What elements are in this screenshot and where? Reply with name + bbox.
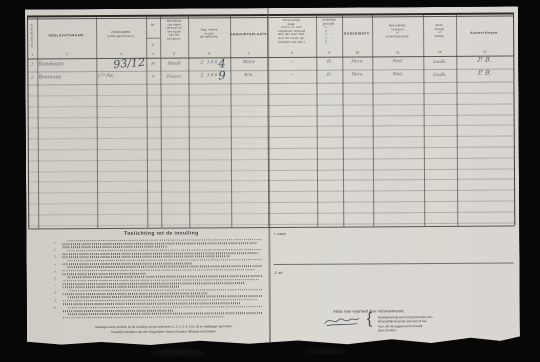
- instructions-heading: Toelichting tot de invulling: [86, 230, 236, 237]
- column-border: [188, 15, 190, 228]
- column-header-line: scheiden van echt.): [267, 40, 316, 43]
- empty-row-line: [28, 191, 268, 193]
- column-number: 4: [146, 52, 160, 56]
- column-border: [37, 15, 39, 228]
- column-number: 6: [188, 51, 230, 55]
- micro-print-line: [63, 282, 245, 285]
- empty-row-line: [268, 222, 514, 224]
- column-header-geslacht-m: M.: [146, 24, 160, 28]
- empty-row-line: [27, 94, 267, 96]
- attestation-note-line: doen invullen.: [378, 328, 503, 333]
- scanned-form-page: Toelichting tot de invulling Verlangd wo…: [25, 6, 520, 347]
- instruction-margin-number: 2.: [46, 249, 56, 252]
- table-cell: P. B.: [457, 69, 513, 77]
- column-header-line: huisgezin.: [160, 38, 188, 41]
- signature: [323, 314, 361, 327]
- empty-row-line: [268, 211, 514, 213]
- micro-print-line: [63, 292, 208, 295]
- table-cell: V: [147, 74, 160, 79]
- column-header-line: GESLACHTSNAAM.: [37, 34, 96, 38]
- micro-print-line: [68, 306, 263, 309]
- empty-row-line: [28, 105, 268, 107]
- micro-print-line: [68, 259, 263, 262]
- column-border: [96, 15, 98, 228]
- table-cell: 2: [28, 74, 37, 79]
- micro-print-line: [67, 239, 262, 242]
- column-number: 9: [316, 51, 342, 55]
- empty-row-line: [28, 180, 268, 182]
- empty-row-line: [28, 213, 268, 215]
- column-border: [456, 13, 458, 226]
- instruction-margin-number: 5.: [47, 270, 57, 273]
- micro-print-line: [68, 289, 263, 292]
- table-cell: M: [147, 61, 160, 66]
- column-header-line: 5. ····: [316, 40, 342, 43]
- scan-smudge: [150, 350, 205, 355]
- field-1-label: I. naam: [274, 232, 285, 236]
- table-cell: H.: [317, 60, 342, 65]
- table-cell: Bambouts: [38, 61, 96, 67]
- column-border: [316, 14, 318, 227]
- table-cell: Hoofd: [161, 61, 188, 66]
- column-number: 5: [160, 52, 188, 56]
- empty-row-line: [28, 202, 268, 204]
- empty-row-line: [28, 137, 268, 139]
- column-header-line: Aanmerkingen.: [456, 32, 513, 36]
- instruction-margin-number: 8.: [47, 292, 57, 295]
- micro-print-line: [62, 252, 258, 255]
- instruction-margin-number: 3.: [46, 256, 56, 259]
- micro-print-line: [67, 249, 262, 252]
- column-number: 2: [37, 52, 96, 56]
- micro-print-line: [68, 312, 263, 315]
- empty-row-line: [28, 159, 268, 161]
- table-cell: 17³ Ple.: [97, 74, 146, 79]
- column-header-geslacht-v: V.: [146, 44, 160, 48]
- micro-print-line: [68, 275, 263, 278]
- empty-row-line: [28, 126, 268, 128]
- empty-row-line: [268, 201, 514, 203]
- micro-print-line: [63, 302, 241, 305]
- column-number: 10: [342, 50, 372, 54]
- table-cell: P. B.: [457, 56, 513, 64]
- column-border: [27, 15, 29, 228]
- column-header-line: (voluit geschreven).: [96, 34, 146, 37]
- micro-print-line: [63, 269, 255, 272]
- scan-smudge: [305, 349, 347, 354]
- micro-print-line: [68, 295, 263, 298]
- column-border: [513, 13, 515, 226]
- empty-row-line: [28, 116, 268, 118]
- table-cell: landb.: [424, 59, 456, 64]
- table-cell: 1: [28, 61, 37, 66]
- table-cell: Bosmans: [38, 74, 96, 80]
- micro-print-line: [63, 309, 174, 311]
- column-border: [160, 15, 162, 228]
- micro-print-line: [63, 316, 225, 319]
- empty-row-line: [28, 148, 268, 150]
- column-header-line: GEBOORTEPLAATS.: [230, 33, 267, 37]
- empty-row-line: [268, 147, 514, 149]
- micro-print-line: [63, 279, 259, 282]
- empty-row-line: [268, 157, 514, 159]
- empty-row-line: [268, 179, 514, 181]
- table-cell: Ned.: [373, 59, 423, 64]
- empty-row-line: [28, 224, 268, 226]
- table-cell: —: [268, 73, 316, 78]
- micro-print-line: [63, 286, 180, 288]
- empty-row-line: [268, 190, 514, 192]
- column-border: [372, 13, 374, 226]
- table-cell: 2 186: [189, 60, 230, 65]
- micro-print-line: [68, 265, 263, 268]
- table-bottom-rule: [28, 226, 514, 230]
- column-header-line: der geboorte.: [188, 35, 230, 38]
- column-header-line: onderdaanschap.: [372, 35, 423, 38]
- empty-row-line: [267, 93, 513, 95]
- micro-print-line: [62, 256, 230, 259]
- table-cell: landb.: [424, 72, 456, 77]
- col4-split-rule: [146, 38, 160, 39]
- empty-row-line: [28, 170, 268, 172]
- table-cell: —: [268, 60, 316, 65]
- instruction-margin-number: 10.: [47, 306, 57, 309]
- micro-print-line: [63, 299, 257, 302]
- scanner-background: Toelichting tot de invulling Verlangd wo…: [0, 0, 540, 362]
- row-separator: [27, 82, 513, 85]
- fold-crease: [267, 8, 271, 346]
- instruction-margin-number: 6.: [47, 277, 57, 280]
- micro-print-line: [63, 273, 146, 275]
- column-number: 3: [96, 52, 146, 56]
- table-cell: 2 186: [189, 73, 230, 78]
- field-rule: [274, 263, 514, 265]
- table-cell: Wilre: [231, 60, 267, 65]
- empty-row-line: [268, 168, 514, 170]
- instructions-footer-line2: Huwelijks-bewijzen van den Burgerlijken …: [59, 329, 269, 334]
- column-number: 13: [456, 50, 513, 54]
- table-cell: Ned.: [373, 72, 423, 77]
- column-border: [342, 14, 344, 227]
- table-cell: Huisvr.: [161, 74, 188, 79]
- column-number: 7: [230, 51, 267, 55]
- column-header-line: bedrijf.: [423, 35, 456, 38]
- instruction-margin-number: 7.: [47, 285, 57, 288]
- column-number: 8: [267, 51, 316, 55]
- instruction-margin-number: 1.: [46, 241, 56, 244]
- column-border: [423, 13, 425, 226]
- table-cell: Herv.: [343, 59, 372, 64]
- instruction-margin-number: 9.: [47, 299, 57, 302]
- instruction-margin-number: 4.: [47, 263, 57, 266]
- micro-print-line: [62, 242, 256, 245]
- attestation-note: Handteekening van het gezinshoofd, den a…: [378, 314, 503, 333]
- field-2-label: II. als: [275, 270, 283, 274]
- column-header-volgnummer: VOLGNUMMER: [31, 17, 34, 55]
- empty-row-line: [268, 125, 514, 127]
- empty-row-line: [268, 114, 514, 116]
- column-number: 11: [372, 50, 423, 54]
- table-cell: Herv.: [343, 72, 372, 77]
- column-number: 1: [27, 52, 37, 56]
- column-number: 12: [423, 50, 456, 54]
- column-header-line: GODSDIENST.: [342, 32, 372, 36]
- table-cell: Wm.: [231, 73, 267, 78]
- empty-row-line: [268, 136, 514, 138]
- micro-print-line: [63, 262, 192, 264]
- column-border: [230, 14, 232, 227]
- brace-glyph: {: [367, 310, 372, 328]
- micro-print-line: [62, 246, 167, 248]
- empty-row-line: [268, 103, 514, 105]
- table-cell: H.: [317, 73, 342, 78]
